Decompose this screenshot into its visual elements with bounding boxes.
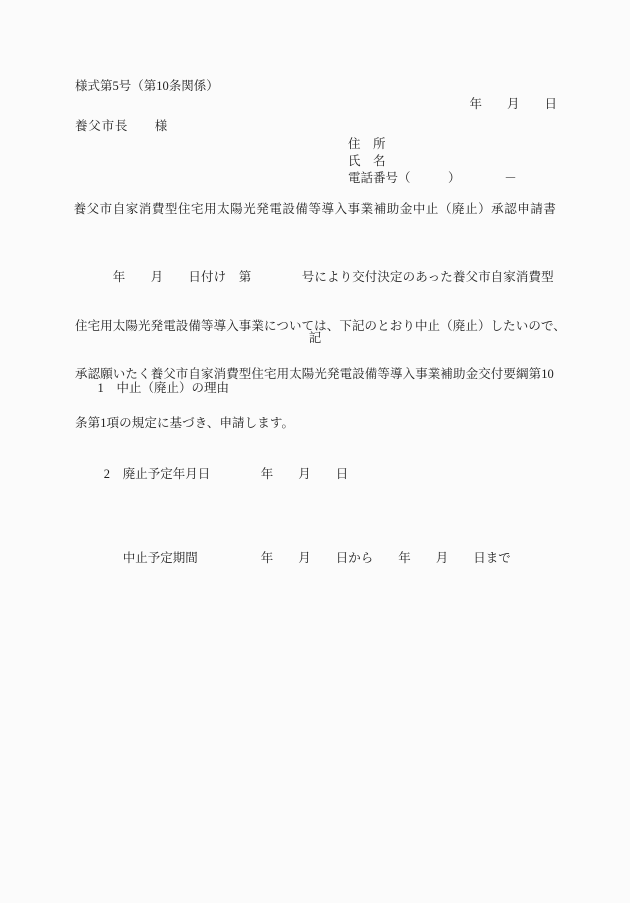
section-1-title: 中止（廃止）の理由 <box>117 381 230 395</box>
section-1-number: 1 <box>98 381 117 396</box>
form-number: 様式第5号（第10条関係） <box>75 79 219 94</box>
abolition-date-blanks: 年 月 日 <box>261 467 349 481</box>
document-page: 様式第5号（第10条関係） 年 月 日 養父市長 様 住 所 氏 名 電話番号（… <box>0 0 630 903</box>
notation-ki: 記 <box>0 331 630 346</box>
document-title: 養父市自家消費型住宅用太陽光発電設備等導入事業補助金中止（廃止）承認申請書 <box>0 202 630 217</box>
section-2-row-suspension: 中止予定期間年 月 日から 年 月 日まで <box>85 531 511 585</box>
section-2-dates: 2廃止予定年月日年 月 日 中止予定期間年 月 日から 年 月 日まで <box>85 417 511 615</box>
section-2-row-abolition: 2廃止予定年月日年 月 日 <box>85 447 511 501</box>
applicant-address-label: 住 所 <box>348 137 386 152</box>
applicant-phone-line: 電話番号（ ） － <box>348 171 517 186</box>
applicant-name-label: 氏 名 <box>348 154 386 169</box>
addressee-mayor: 養父市長 様 <box>75 119 168 134</box>
section-1-reason: 1中止（廃止）の理由 <box>85 366 229 411</box>
suspension-period-blanks: 年 月 日から 年 月 日まで <box>261 551 511 565</box>
date-blank-line: 年 月 日 <box>469 97 557 112</box>
body-line-1: 年 月 日付け 第 号により交付決定のあった養父市自家消費型 <box>75 268 559 287</box>
suspension-period-label: 中止予定期間 <box>123 549 261 567</box>
abolition-date-label: 廃止予定年月日 <box>123 465 261 483</box>
section-2-number: 2 <box>104 465 123 483</box>
